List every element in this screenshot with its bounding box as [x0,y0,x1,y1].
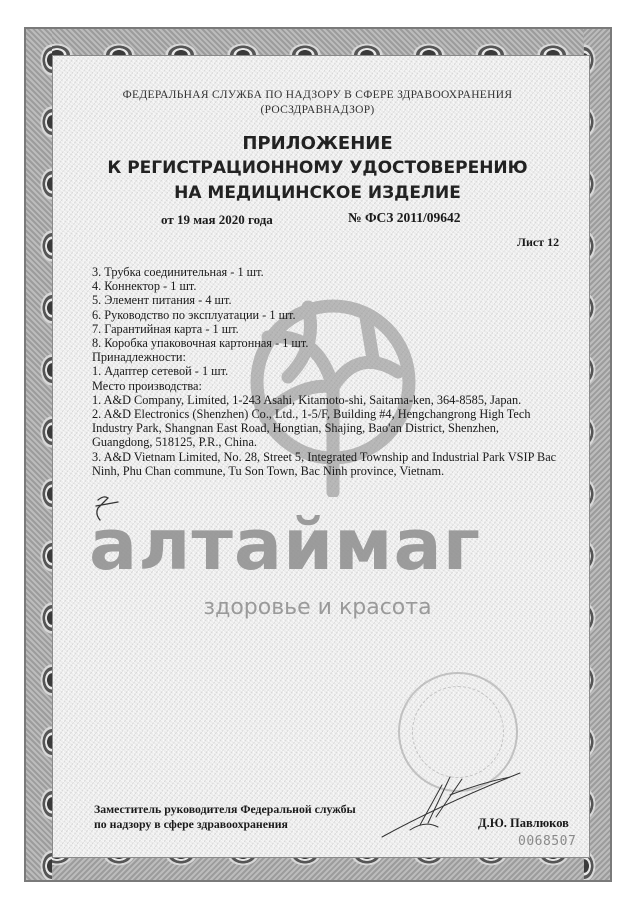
document-title: ПРИЛОЖЕНИЕ К РЕГИСТРАЦИОННОМУ УДОСТОВЕРЕ… [0,131,635,206]
watermark-tagline: здоровье и красота [0,595,635,620]
section-heading: Место производства: [92,379,562,393]
agency-header: ФЕДЕРАЛЬНАЯ СЛУЖБА ПО НАДЗОРУ В СФЕРЕ ЗД… [0,88,635,118]
manufacturer-line: 2. A&D Electronics (Shenzhen) Co., Ltd.,… [92,407,562,450]
body-line: 5. Элемент питания - 4 шт. [92,293,562,307]
manufacturer-line: 3. A&D Vietnam Limited, No. 28, Street 5… [92,450,562,478]
title-line-3: НА МЕДИЦИНСКОЕ ИЗДЕЛИЕ [0,181,635,206]
registration-number: № ФСЗ 2011/09642 [348,210,461,226]
title-line-1: ПРИЛОЖЕНИЕ [0,131,635,156]
agency-abbreviation: (РОСЗДРАВНАДЗОР) [0,103,635,118]
document-date: от 19 мая 2020 года [161,212,273,228]
signer-title: Заместитель руководителя Федеральной слу… [94,802,356,832]
signer-title-line-2: по надзору в сфере здравоохранения [94,817,356,832]
body-line: 7. Гарантийная карта - 1 шт. [92,322,562,336]
signer-title-line-1: Заместитель руководителя Федеральной слу… [94,802,356,817]
manufacturer-line: 1. A&D Company, Limited, 1-243 Asahi, Ki… [92,393,562,407]
signer-name: Д.Ю. Павлюков [478,816,569,831]
document-body: 3. Трубка соединительная - 1 шт. 4. Конн… [92,265,562,478]
agency-name: ФЕДЕРАЛЬНАЯ СЛУЖБА ПО НАДЗОРУ В СФЕРЕ ЗД… [0,88,635,103]
body-line: 3. Трубка соединительная - 1 шт. [92,265,562,279]
body-line: 1. Адаптер сетевой - 1 шт. [92,364,562,378]
body-line: 8. Коробка упаковочная картонная - 1 шт. [92,336,562,350]
signature-icon [380,765,530,845]
body-line: 6. Руководство по эксплуатации - 1 шт. [92,308,562,322]
watermark-brand: алтаймаг [89,505,558,585]
title-line-2: К РЕГИСТРАЦИОННОМУ УДОСТОВЕРЕНИЮ [0,156,635,181]
border-pattern-top [26,29,610,55]
serial-number: 0068507 [518,834,576,849]
section-heading: Принадлежности: [92,350,562,364]
body-line: 4. Коннектор - 1 шт. [92,279,562,293]
sheet-number: Лист 12 [517,235,559,250]
